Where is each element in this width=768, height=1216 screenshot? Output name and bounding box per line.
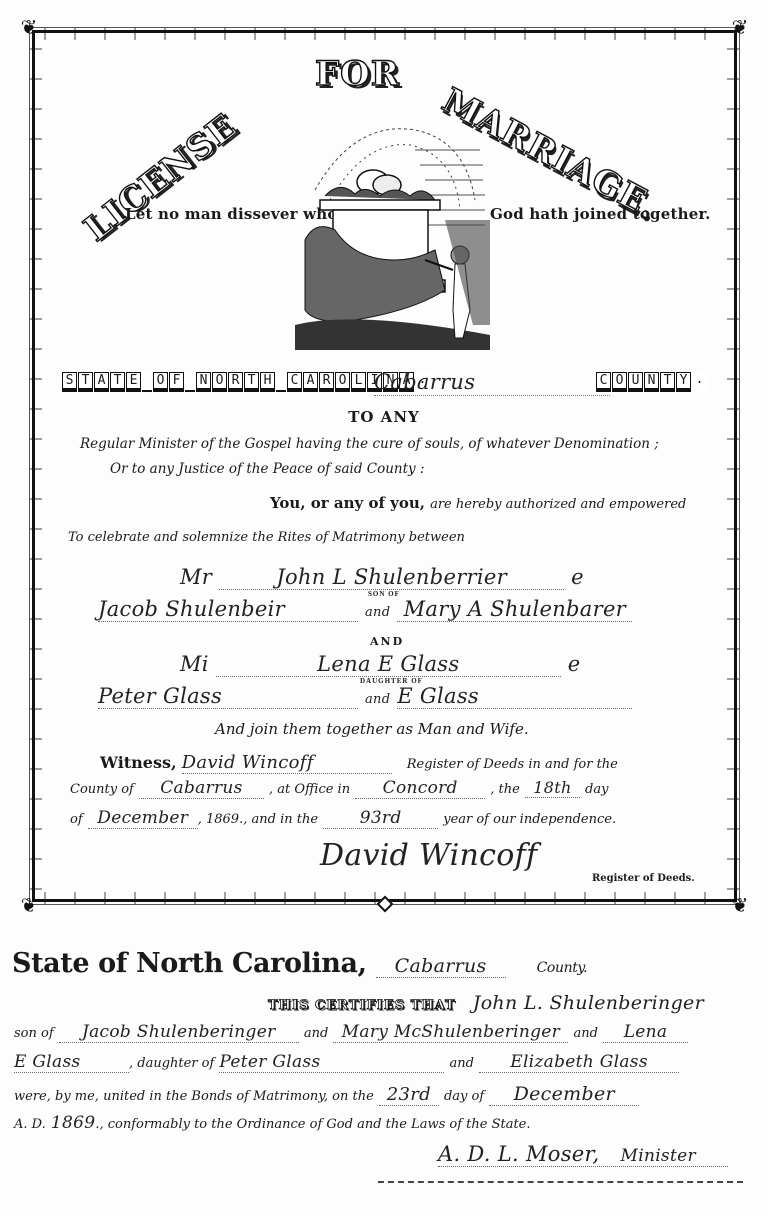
and-label: and <box>573 1026 597 1041</box>
certificate-groom-field: John L. Shulenberinger <box>473 992 704 1014</box>
certificate-day-field: 23rd <box>379 1084 439 1106</box>
authorization-line: You, or any of you, are hereby authorize… <box>270 493 686 512</box>
certificate-united-line: were, by me, united in the Bonds of Matr… <box>14 1083 639 1106</box>
witness-line: Witness, David Wincoff Register of Deeds… <box>100 752 618 774</box>
ad-label: A. D. <box>14 1117 46 1132</box>
county-label: COUNTY. <box>596 372 707 392</box>
county-of-label: County of <box>70 782 134 797</box>
certificate-year-field: 1869 <box>51 1113 95 1133</box>
certificate-month-field: December <box>489 1083 639 1106</box>
certificate-county-field: Cabarrus <box>376 955 506 978</box>
certificate-son-line: son of Jacob Shulenberinger and Mary McS… <box>14 1022 688 1043</box>
groom-prefix: Mr <box>180 565 212 589</box>
witness-name-field: David Wincoff <box>182 752 392 774</box>
certificate-bride-first-field: Lena <box>603 1022 688 1043</box>
celebrate-line: To celebrate and solemnize the Rites of … <box>68 530 465 545</box>
authorized-rest: are hereby authorized and empowered <box>430 497 686 512</box>
corner-fleuron-icon: ❦ <box>18 16 40 38</box>
certificate-year-line: A. D. 1869., conformably to the Ordinanc… <box>14 1113 531 1133</box>
minister-signature: A. D. L. Moser, Minister <box>438 1142 728 1167</box>
altar-engraving-image <box>295 110 490 350</box>
and-label: and <box>304 1026 328 1041</box>
corner-fleuron-icon: ❦ <box>18 894 40 916</box>
and-label: and <box>450 1056 474 1071</box>
join-line: And join them together as Man and Wife. <box>215 720 529 738</box>
groom-name-field: John L Shulenberrier <box>219 565 564 590</box>
bride-name-field: Lena E Glass <box>216 652 561 677</box>
of-label: of <box>70 812 83 827</box>
certificate-daughter-line: E Glass, daughter of Peter Glass and Eli… <box>14 1052 679 1073</box>
son-of-label: son of <box>14 1026 54 1041</box>
minister-title: Minister <box>621 1146 696 1166</box>
and-label: and <box>365 605 390 620</box>
bride-prefix: Mi <box>180 652 209 676</box>
certificate-bride-father-field: Peter Glass <box>219 1052 444 1073</box>
certificate-groom-mother-field: Mary McShulenberinger <box>333 1022 568 1043</box>
minister-name: A. D. L. Moser, <box>438 1142 600 1166</box>
groom-mother-field: Mary A Shulenbarer <box>397 597 632 622</box>
to-any-heading: TO ANY <box>0 408 768 426</box>
authorized-lead: You, or any of you, <box>270 494 425 512</box>
day-of-label: day of <box>444 1089 484 1104</box>
register-text: Register of Deeds in and for the <box>407 757 618 772</box>
office-in-field: Concord <box>355 778 485 799</box>
certificate-groom-father-field: Jacob Shulenberinger <box>59 1022 299 1043</box>
independence-label: year of our independence. <box>443 812 616 827</box>
the-label: , the <box>490 782 520 797</box>
state-county-line: STATEOFNORTHCAROLINA. Cabarrus COUNTY. <box>62 370 707 400</box>
and-label: and <box>365 692 390 707</box>
daughter-of-label: , daughter of <box>129 1056 214 1071</box>
and-in-the-label: ., and in the <box>239 812 318 827</box>
bride-suffix: e <box>568 652 581 676</box>
date-line: of December, 1869., and in the 93rd year… <box>70 808 616 829</box>
conformably-text: ., conformably to the Ordinance of God a… <box>95 1117 530 1132</box>
groom-parents-line: Jacob Shulenbeir and Mary A Shulenbarer <box>98 597 632 622</box>
certificate-bride-rest-field: E Glass <box>14 1052 129 1073</box>
office-in-label: , at Office in <box>269 782 350 797</box>
county-of-field: Cabarrus <box>139 778 264 799</box>
bride-parents-line: Peter Glass and E Glass <box>98 684 632 709</box>
certificate-county-label: County. <box>537 960 588 976</box>
certifies-line: THIS CERTIFIES THAT John L. Shulenbering… <box>268 992 704 1014</box>
and-caps-label: AND <box>370 635 404 648</box>
day-label: day <box>585 782 608 797</box>
county-field: Cabarrus <box>374 370 610 396</box>
bride-line: Mi Lena E Glass e <box>180 652 581 677</box>
bride-father-field: Peter Glass <box>98 684 358 709</box>
groom-suffix: e <box>571 565 584 589</box>
certificate-bride-mother-field: Elizabeth Glass <box>479 1052 679 1073</box>
certifies-label: THIS CERTIFIES THAT <box>268 998 456 1013</box>
independence-year-field: 93rd <box>323 808 438 829</box>
register-title: Register of Deeds. <box>592 873 695 884</box>
county-office-line: County of Cabarrus , at Office in Concor… <box>70 778 608 799</box>
corner-fleuron-icon: ❦ <box>729 16 751 38</box>
state-title-text: State of North Carolina, <box>12 948 367 979</box>
altar-cherub-icon <box>295 110 490 350</box>
groom-line: Mr John L Shulenberrier e <box>180 565 584 590</box>
certificate-state-title: State of North Carolina, Cabarrus County… <box>12 948 587 979</box>
united-text: were, by me, united in the Bonds of Matr… <box>14 1089 374 1104</box>
bride-mother-field: E Glass <box>397 684 632 709</box>
address-line-1: Regular Minister of the Gospel having th… <box>80 436 659 452</box>
signature-dash-rule <box>378 1181 743 1183</box>
minister-signature-line: A. D. L. Moser, Minister <box>438 1142 728 1167</box>
corner-fleuron-icon: ❦ <box>729 894 751 916</box>
register-signature: David Wincoff <box>320 838 537 873</box>
title-word-for: FOR <box>315 54 400 94</box>
address-line-2: Or to any Justice of the Peace of said C… <box>110 461 425 477</box>
year-field: , 1869 <box>198 812 239 827</box>
motto-right: God hath joined together. <box>490 205 711 223</box>
groom-father-field: Jacob Shulenbeir <box>98 597 358 622</box>
day-field: 18th <box>525 778 580 798</box>
month-field: December <box>88 808 198 829</box>
witness-label: Witness, <box>100 753 177 772</box>
